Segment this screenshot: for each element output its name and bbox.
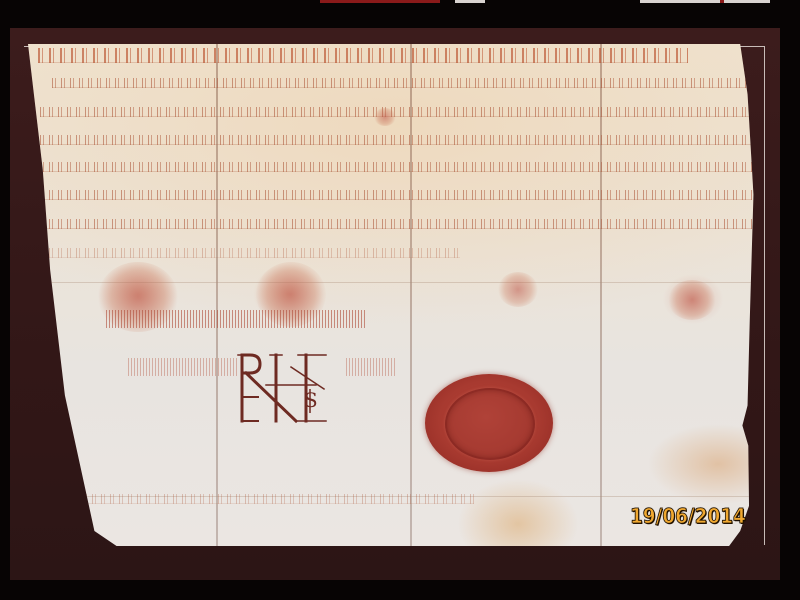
charter-text-line [40, 219, 752, 229]
camera-date-stamp: 19/06/2014 [630, 504, 746, 528]
charter-text-line [40, 135, 752, 145]
fold-line [600, 44, 602, 546]
charter-text-line [40, 190, 752, 200]
signature-line-script [106, 310, 366, 328]
charter-parchment [28, 44, 766, 546]
royal-monogram: S [236, 351, 334, 423]
charter-text-line [40, 248, 460, 258]
top-edge-strip [720, 0, 724, 3]
top-edge-strip [320, 0, 440, 3]
charter-text-line [40, 107, 752, 117]
recognition-script-left [128, 358, 238, 376]
top-edge-strip [455, 0, 485, 3]
top-edge-strip [640, 0, 770, 3]
ink-blot [374, 108, 396, 126]
photo-stage: S 19/06/2014 [0, 0, 800, 600]
fold-line [410, 44, 412, 546]
charter-heading-script [38, 48, 688, 63]
wax-seal [425, 374, 553, 472]
recognition-script-right [346, 358, 396, 376]
signature-flourish [668, 280, 716, 320]
seal-impression [445, 388, 535, 460]
signature-flourish [498, 272, 538, 307]
monogram-s-letter: S [304, 388, 318, 412]
charter-text-line [40, 162, 752, 172]
fold-line [216, 44, 218, 546]
dating-clause-script [74, 494, 474, 504]
charter-text-line [52, 78, 752, 88]
